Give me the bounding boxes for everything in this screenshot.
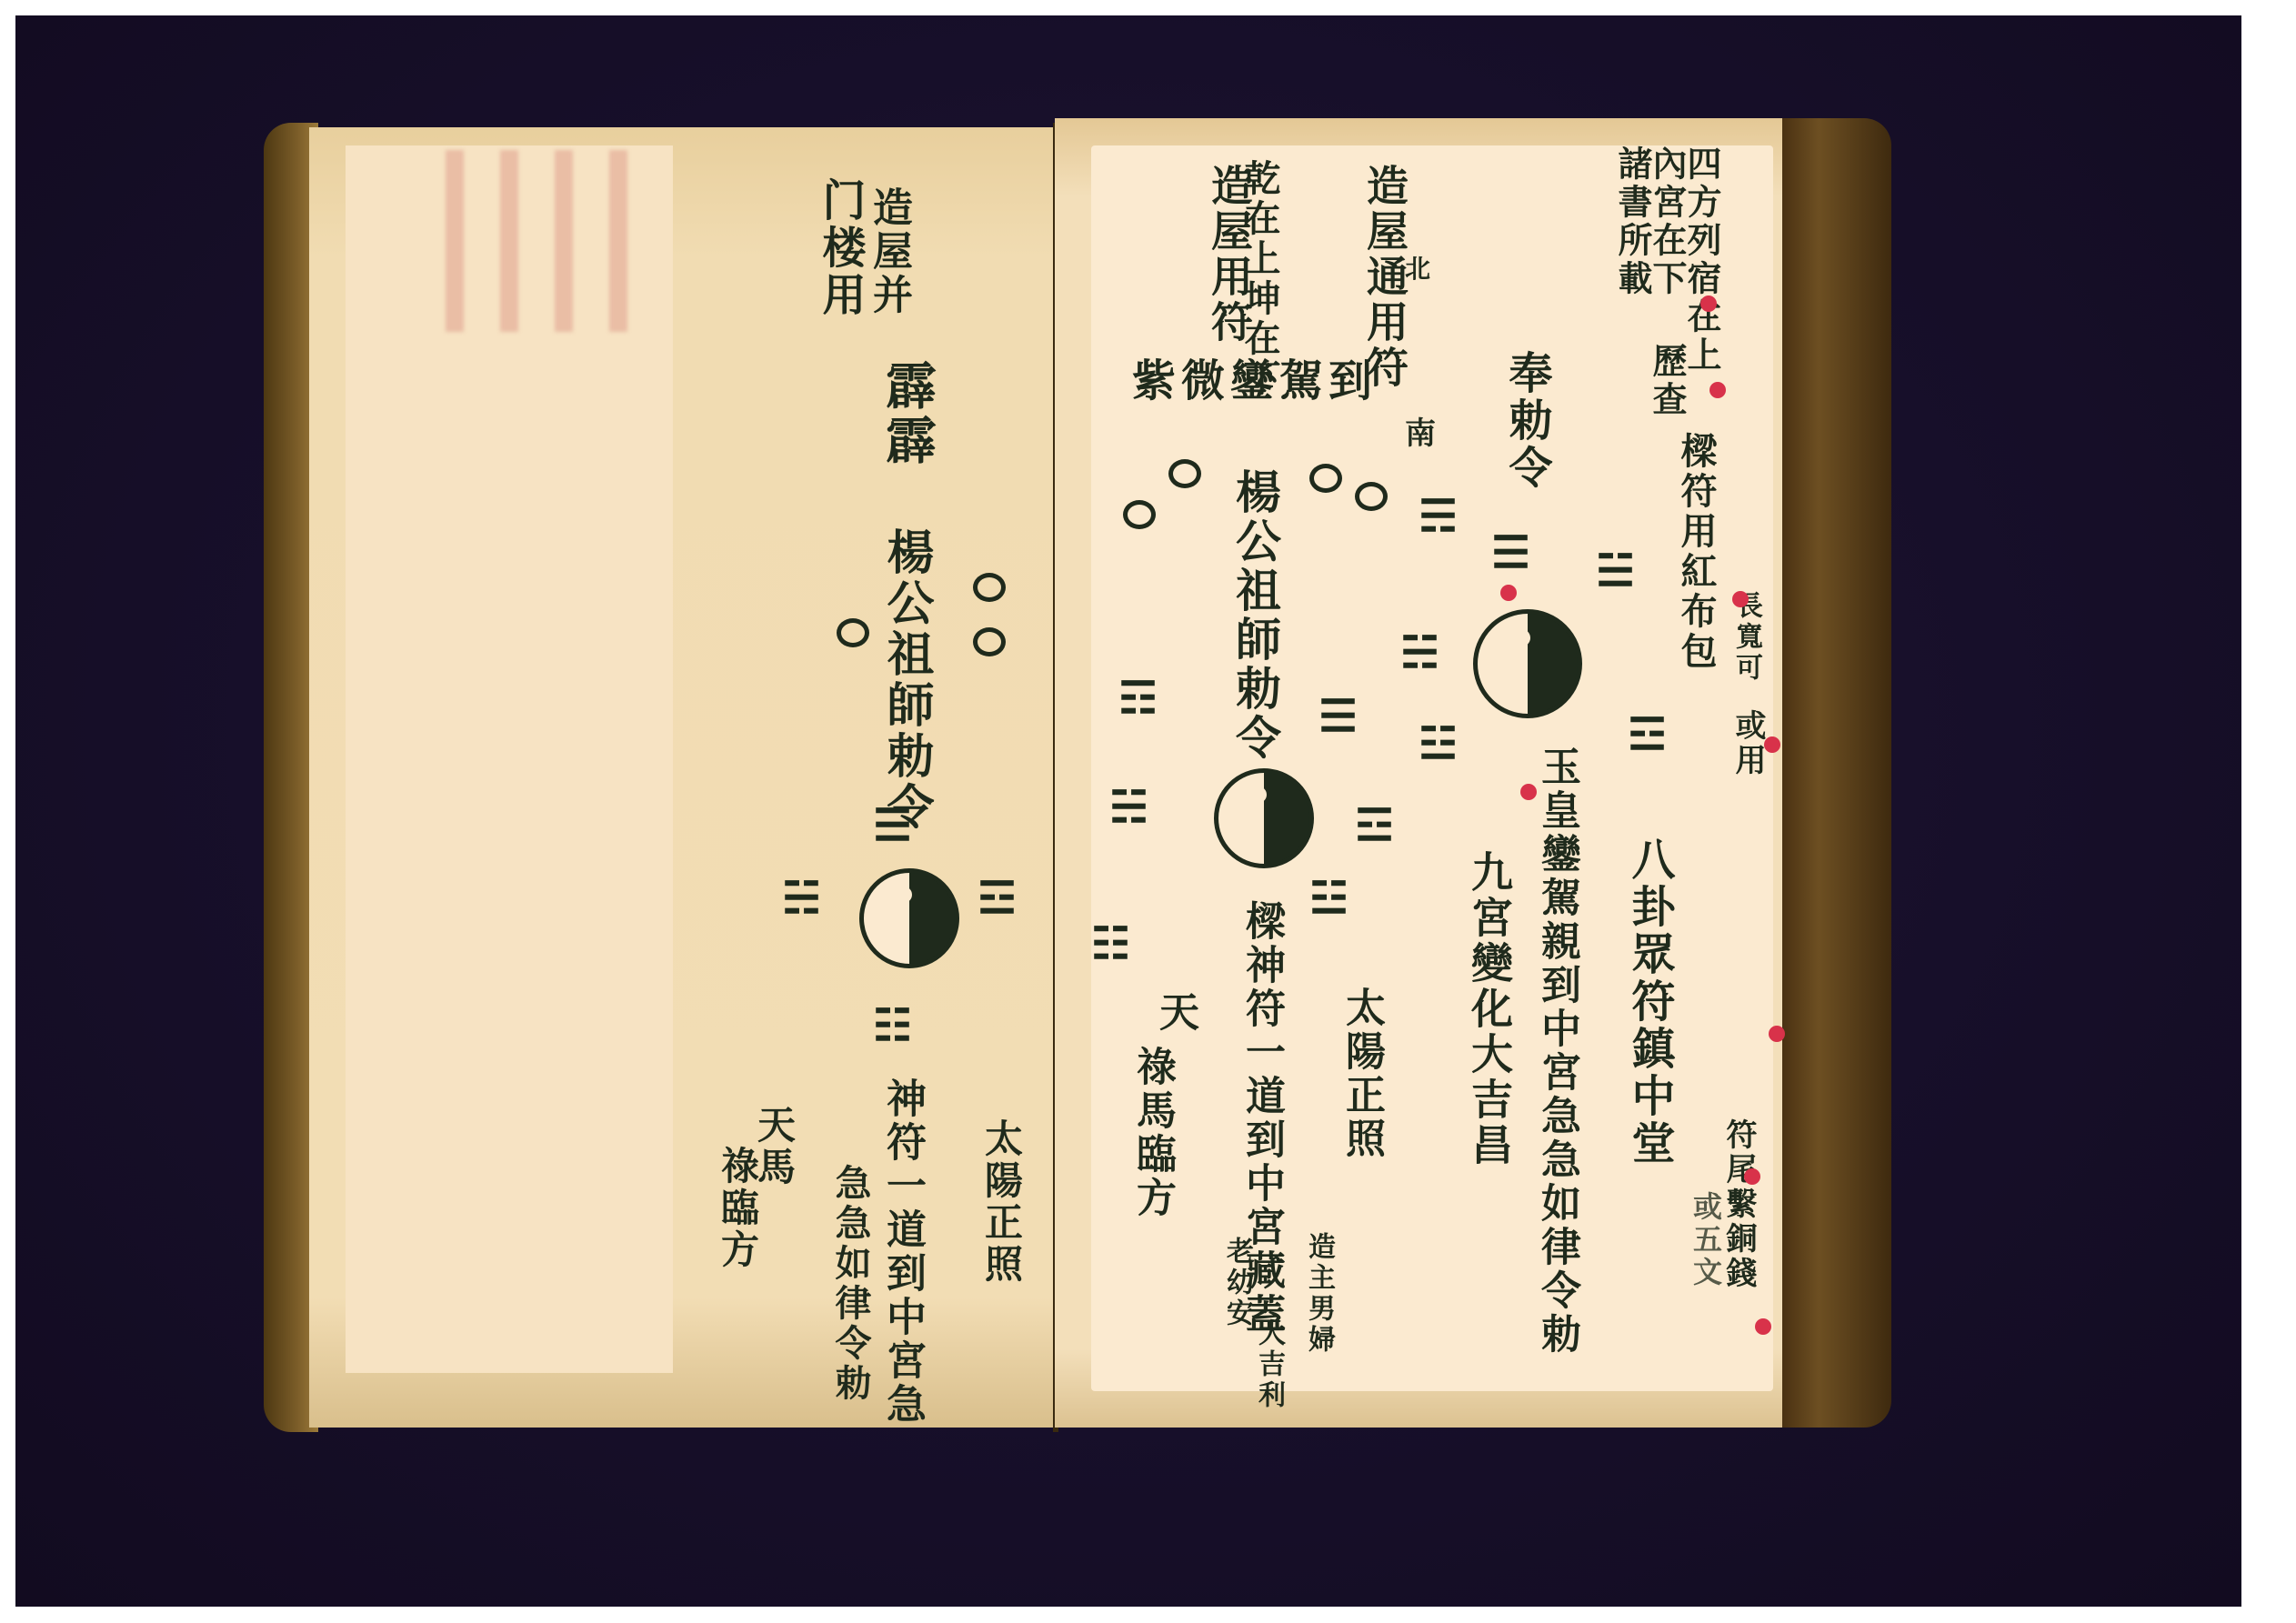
red-seal-dot (1769, 1026, 1785, 1042)
trigram-icon: ☲ (1355, 800, 1394, 851)
col-jiugong: 九宮變化大吉昌 (1469, 850, 1510, 1168)
red-seal-dot (1744, 1168, 1760, 1185)
trigram-icon: ☰ (1318, 691, 1358, 742)
red-seal-dot (1709, 382, 1726, 398)
curl-ornament (1355, 482, 1388, 511)
trigram-icon: ☵ (782, 873, 821, 924)
top-right-seal-cluster: 四方列宿在上 內宮在下 歷查諸書所載 (1555, 145, 1719, 436)
trigram-icon: ☰ (873, 800, 912, 851)
left-center-col: 神符一道到中宮急 (882, 1077, 922, 1427)
trigram-icon: ☳ (1419, 718, 1458, 769)
side-note-1: 樑符用紅布包 (1678, 432, 1714, 672)
trigram-icon: ☷ (873, 1000, 912, 1051)
trigram-icon: ☷ (1091, 918, 1130, 969)
trigram-icon: ☵ (1109, 782, 1148, 833)
curl-ornament (837, 618, 869, 647)
label-north: 北 (1405, 256, 1434, 282)
red-seal-dot (1732, 591, 1749, 607)
left-tianma-b: 祿臨方 (718, 1146, 757, 1271)
left-talisman-header: 霹霹 (882, 359, 933, 468)
left-talisman-main: 楊公祖師勅令 (882, 527, 929, 833)
red-seal-dot (1755, 1318, 1771, 1335)
red-seal-dot (1500, 585, 1517, 601)
left-title-col1: 造屋并 (868, 186, 908, 317)
col-tianma-b: 祿馬臨方 (1132, 1046, 1172, 1220)
curl-ornament (1309, 464, 1342, 493)
trigram-icon: ☴ (1419, 491, 1458, 542)
right-talisman-main: 楊公祖師勅令 (1232, 468, 1278, 763)
trigram-icon: ☲ (1628, 709, 1667, 760)
side-tail: 符尾繫銅錢 (1723, 1118, 1754, 1291)
note-build-a: 造屋用符 (1159, 164, 1250, 346)
col-taiyang: 太陽正照 (1341, 987, 1381, 1161)
left-page (309, 127, 1055, 1428)
red-seal-dot (1700, 296, 1717, 312)
col-yuhuang: 玉皇鑾駕親到中宮急急如律令勅 (1537, 746, 1577, 1357)
yin-yang-icon (1214, 768, 1314, 868)
red-seal-dot (1520, 784, 1537, 800)
left-closing: 急急如律令勅 (832, 1164, 868, 1404)
trigram-icon: ☲ (978, 873, 1017, 924)
label-south: 南 (1405, 418, 1439, 449)
trigram-icon: ☵ (1400, 627, 1439, 678)
col-old-young: 老幼安 (1223, 1237, 1250, 1329)
curl-ornament (973, 573, 1006, 602)
yin-yang-icon (1473, 609, 1582, 718)
left-tianma-a: 天馬 (755, 1105, 793, 1188)
curl-ornament (1168, 459, 1201, 488)
trigram-icon: ☳ (1309, 873, 1349, 924)
trigram-icon: ☰ (1491, 527, 1530, 578)
col-tianma-a: 天 (1155, 991, 1195, 1035)
yin-yang-icon (859, 868, 959, 968)
col-men-women: 造主男婦 (1305, 1232, 1332, 1356)
red-seal-dot (1764, 736, 1780, 753)
trigram-icon: ☱ (1596, 546, 1635, 596)
red-bleed-stain (409, 150, 637, 332)
ziwei-line: 紫微鑾駕到 (1132, 359, 1378, 403)
trigram-icon: ☶ (1118, 673, 1158, 724)
side-note-3: 或用 (1732, 709, 1763, 778)
command-right: 奉勅令 (1505, 350, 1549, 492)
left-title-col2: 门楼用 (818, 177, 862, 319)
col-daji: 大吉利 (1255, 1318, 1282, 1411)
left-right-col: 太陽正照 (982, 1118, 1020, 1286)
curl-ornament (1123, 500, 1156, 529)
side-tail-b: 或五文 (1691, 1191, 1720, 1289)
curl-ornament (973, 627, 1006, 656)
col-bagua: 八卦眾符鎮中堂 (1628, 837, 1671, 1167)
